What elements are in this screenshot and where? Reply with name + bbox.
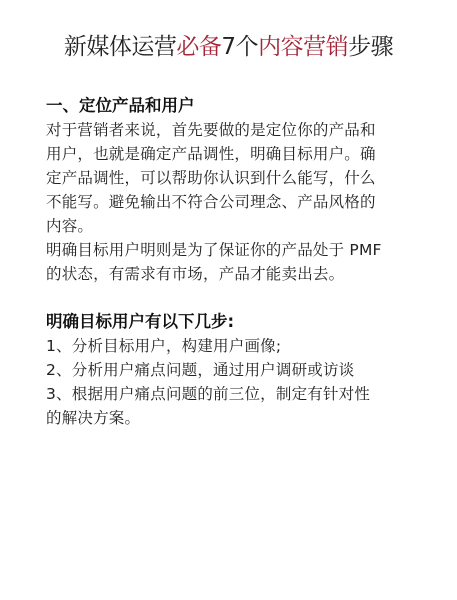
list-item: 3、根据用户痛点问题的前三位，制定有针对性: [46, 382, 416, 406]
paragraph-line: 对于营销者来说，首先要做的是定位你的产品和: [46, 118, 416, 142]
section-heading: 一、定位产品和用户: [46, 94, 416, 118]
article-body: 一、定位产品和用户 对于营销者来说，首先要做的是定位你的产品和 用户，也就是确定…: [46, 94, 416, 430]
title-highlight-2: 内容营销: [258, 34, 348, 60]
page-title: 新媒体运营必备7个内容营销步骤: [0, 30, 457, 64]
paragraph-line: 定产品调性，可以帮助你认识到什么能写，什么: [46, 166, 416, 190]
subsection-heading: 明确目标用户有以下几步:: [46, 310, 416, 334]
paragraph-line: 明确目标用户明则是为了保证你的产品处于 PMF: [46, 238, 416, 262]
paragraph-line: 用户，也就是确定产品调性，明确目标用户。确: [46, 142, 416, 166]
title-part-1: 新媒体运营: [64, 34, 177, 60]
spacer: [46, 286, 416, 310]
title-part-5: 步骤: [348, 34, 393, 60]
paragraph-line: 不能写。避免输出不符合公司理念、产品风格的: [46, 190, 416, 214]
list-item: 的解决方案。: [46, 406, 416, 430]
list-item: 1、分析目标用户，构建用户画像;: [46, 334, 416, 358]
paragraph-line: 的状态，有需求有市场，产品才能卖出去。: [46, 262, 416, 286]
paragraph-line: 内容。: [46, 214, 416, 238]
title-highlight-1: 必备: [176, 34, 221, 60]
list-item: 2、分析用户痛点问题，通过用户调研或访谈: [46, 358, 416, 382]
title-part-3: 7个: [221, 34, 258, 60]
